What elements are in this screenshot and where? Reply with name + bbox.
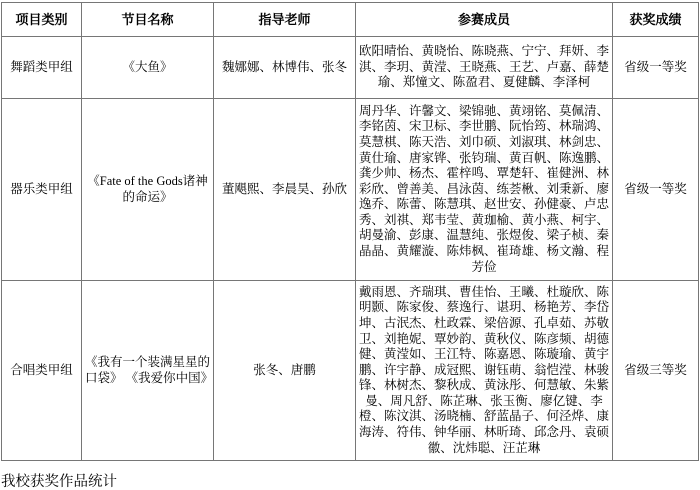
- members-cell: 欧阳晴怡、黄晓怡、陈晓燕、宁宁、拜妍、李淇、李玥、黄滢、王晓燕、王艺、卢嘉、薛楚…: [356, 37, 613, 99]
- header-program: 节目名称: [82, 3, 214, 37]
- table-row: 器乐类甲组 《Fate of the Gods诸神的命运》 董飓熙、李晨昊、孙欣…: [2, 99, 699, 281]
- program-cell: 《我有一个装满星星的口袋》 《我爱你中国》: [82, 281, 214, 461]
- table-row: 舞蹈类甲组 《大鱼》 魏娜娜、林博伟、张冬 欧阳晴怡、黄晓怡、陈晓燕、宁宁、拜妍…: [2, 37, 699, 99]
- table-header-row: 项目类别 节目名称 指导老师 参赛成员 获奖成绩: [2, 3, 699, 37]
- award-cell: 省级一等奖: [613, 99, 699, 281]
- document-page: 项目类别 节目名称 指导老师 参赛成员 获奖成绩 舞蹈类甲组 《大鱼》 魏娜娜、…: [0, 2, 700, 490]
- header-teachers: 指导老师: [214, 3, 356, 37]
- header-award: 获奖成绩: [613, 3, 699, 37]
- table-row: 合唱类甲组 《我有一个装满星星的口袋》 《我爱你中国》 张冬、唐鹏 戴雨恩、齐瑞…: [2, 281, 699, 461]
- header-members: 参赛成员: [356, 3, 613, 37]
- category-cell: 舞蹈类甲组: [2, 37, 82, 99]
- awards-table: 项目类别 节目名称 指导老师 参赛成员 获奖成绩 舞蹈类甲组 《大鱼》 魏娜娜、…: [1, 2, 699, 461]
- teachers-cell: 魏娜娜、林博伟、张冬: [214, 37, 356, 99]
- members-cell: 周丹华、许馨文、梁锦驰、黄翊铭、莫佩清、李铭茵、宋卫标、李世鹏、阮怡筠、林瑞鸿、…: [356, 99, 613, 281]
- award-cell: 省级一等奖: [613, 37, 699, 99]
- footer-caption: 我校获奖作品统计: [1, 473, 117, 490]
- program-cell: 《大鱼》: [82, 37, 214, 99]
- teachers-cell: 张冬、唐鹏: [214, 281, 356, 461]
- category-cell: 合唱类甲组: [2, 281, 82, 461]
- award-cell: 省级三等奖: [613, 281, 699, 461]
- teachers-cell: 董飓熙、李晨昊、孙欣: [214, 99, 356, 281]
- header-category: 项目类别: [2, 3, 82, 37]
- program-cell: 《Fate of the Gods诸神的命运》: [82, 99, 214, 281]
- category-cell: 器乐类甲组: [2, 99, 82, 281]
- members-cell: 戴雨恩、齐瑞琪、曹佳怡、王曦、杜璇欣、陈明颢、陈家俊、蔡逸行、谌玥、杨艳芳、李岱…: [356, 281, 613, 461]
